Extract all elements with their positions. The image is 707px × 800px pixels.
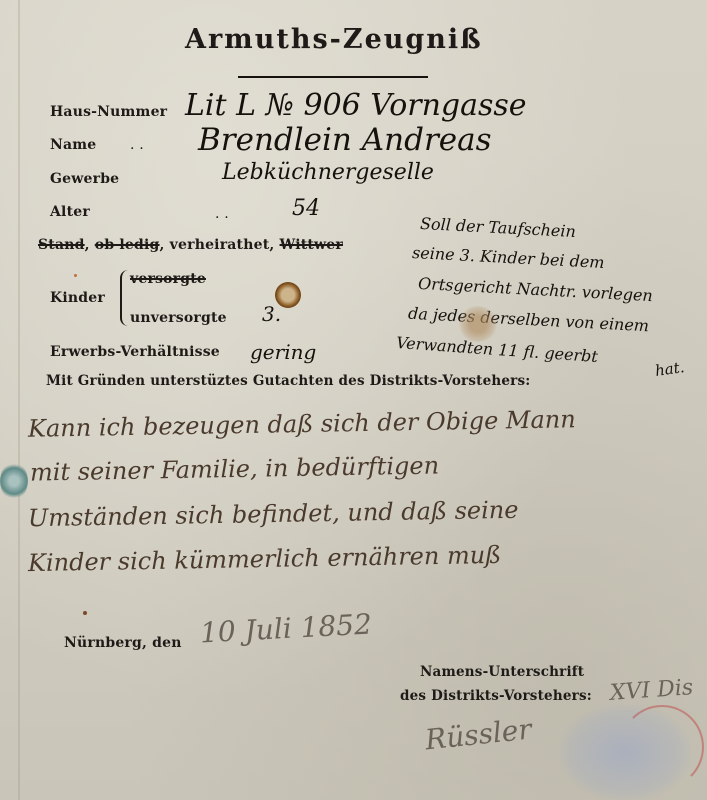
label-alter: Alter [50, 204, 90, 220]
label-gutachten: Mit Gründen unterstüztes Gutachten des D… [46, 373, 530, 389]
red-stamp-outline [620, 705, 704, 789]
margin-note-line: da jedes derselben von einem [408, 304, 650, 336]
gutachten-line: Kann ich bezeugen daß sich der Obige Man… [28, 405, 576, 443]
value-name: Brendlein Andreas [198, 122, 492, 158]
gutachten-line: Umständen sich befindet, und daß seine [28, 496, 519, 533]
brace-bracket [120, 270, 130, 326]
option-stand: Stand [38, 237, 85, 253]
label-place-date: Nürnberg, den [64, 635, 182, 651]
ink-dot [74, 274, 77, 277]
margin-note-line: hat. [654, 358, 686, 380]
value-erwerbs-verhaeltnisse: gering [250, 340, 316, 364]
separator: , [85, 237, 90, 253]
label-signature-line1: Namens-Unterschrift [420, 664, 584, 680]
leader-dots-name: . . [130, 137, 144, 153]
label-erwerbs-verhaeltnisse: Erwerbs-Verhältnisse [50, 344, 220, 360]
option-wittwer: Wittwer [280, 237, 343, 253]
gutachten-line: Kinder sich kümmerlich ernähren muß [28, 541, 502, 577]
leader-dots-alter: . . [215, 206, 229, 222]
value-haus-nummer: Lit L № 906 Vorngasse [185, 88, 527, 123]
label-name: Name [50, 137, 96, 153]
document-title: Armuths-Zeugniß [185, 24, 483, 55]
option-versorgte: versorgte [130, 271, 206, 287]
value-date: 10 Juli 1852 [199, 608, 372, 650]
margin-note-line: Ortsgericht Nachtr. vorlegen [418, 274, 654, 305]
ink-dot [83, 611, 87, 615]
label-haus-nummer: Haus-Nummer [50, 104, 167, 120]
value-signature: Rüssler [424, 713, 534, 757]
wax-seal-remnant [0, 462, 28, 500]
strikeout-line [238, 76, 428, 78]
water-stain [458, 306, 498, 342]
option-ledig: ob ledig [95, 237, 160, 253]
margin-note-line: seine 3. Kinder bei dem [412, 243, 605, 272]
value-district: XVI Dis [609, 675, 694, 706]
option-unversorgte: unversorgte [130, 310, 227, 326]
separator: , [160, 237, 165, 253]
marital-status-row: Stand, ob ledig, verheirathet, Wittwer [38, 237, 343, 253]
option-verheirathet: verheirathet [170, 237, 270, 253]
label-gewerbe: Gewerbe [50, 171, 119, 187]
value-gewerbe: Lebküchnergeselle [222, 160, 434, 185]
gutachten-line: mit seiner Familie, in bedürftigen [30, 451, 440, 486]
label-signature-line2: des Distrikts-Vorstehers: [400, 688, 592, 704]
paper-fold-line [18, 0, 20, 800]
label-kinder: Kinder [50, 290, 105, 306]
value-unversorgte: 3. [262, 302, 281, 326]
separator: , [269, 237, 274, 253]
ink-stain [275, 282, 301, 308]
document-page: Armuths-Zeugniß Haus-Nummer Lit L № 906 … [0, 0, 707, 800]
margin-note-line: Verwandten 11 fl. geerbt [396, 333, 599, 366]
value-alter: 54 [292, 196, 320, 221]
margin-note-line: Soll der Taufschein [420, 214, 577, 241]
